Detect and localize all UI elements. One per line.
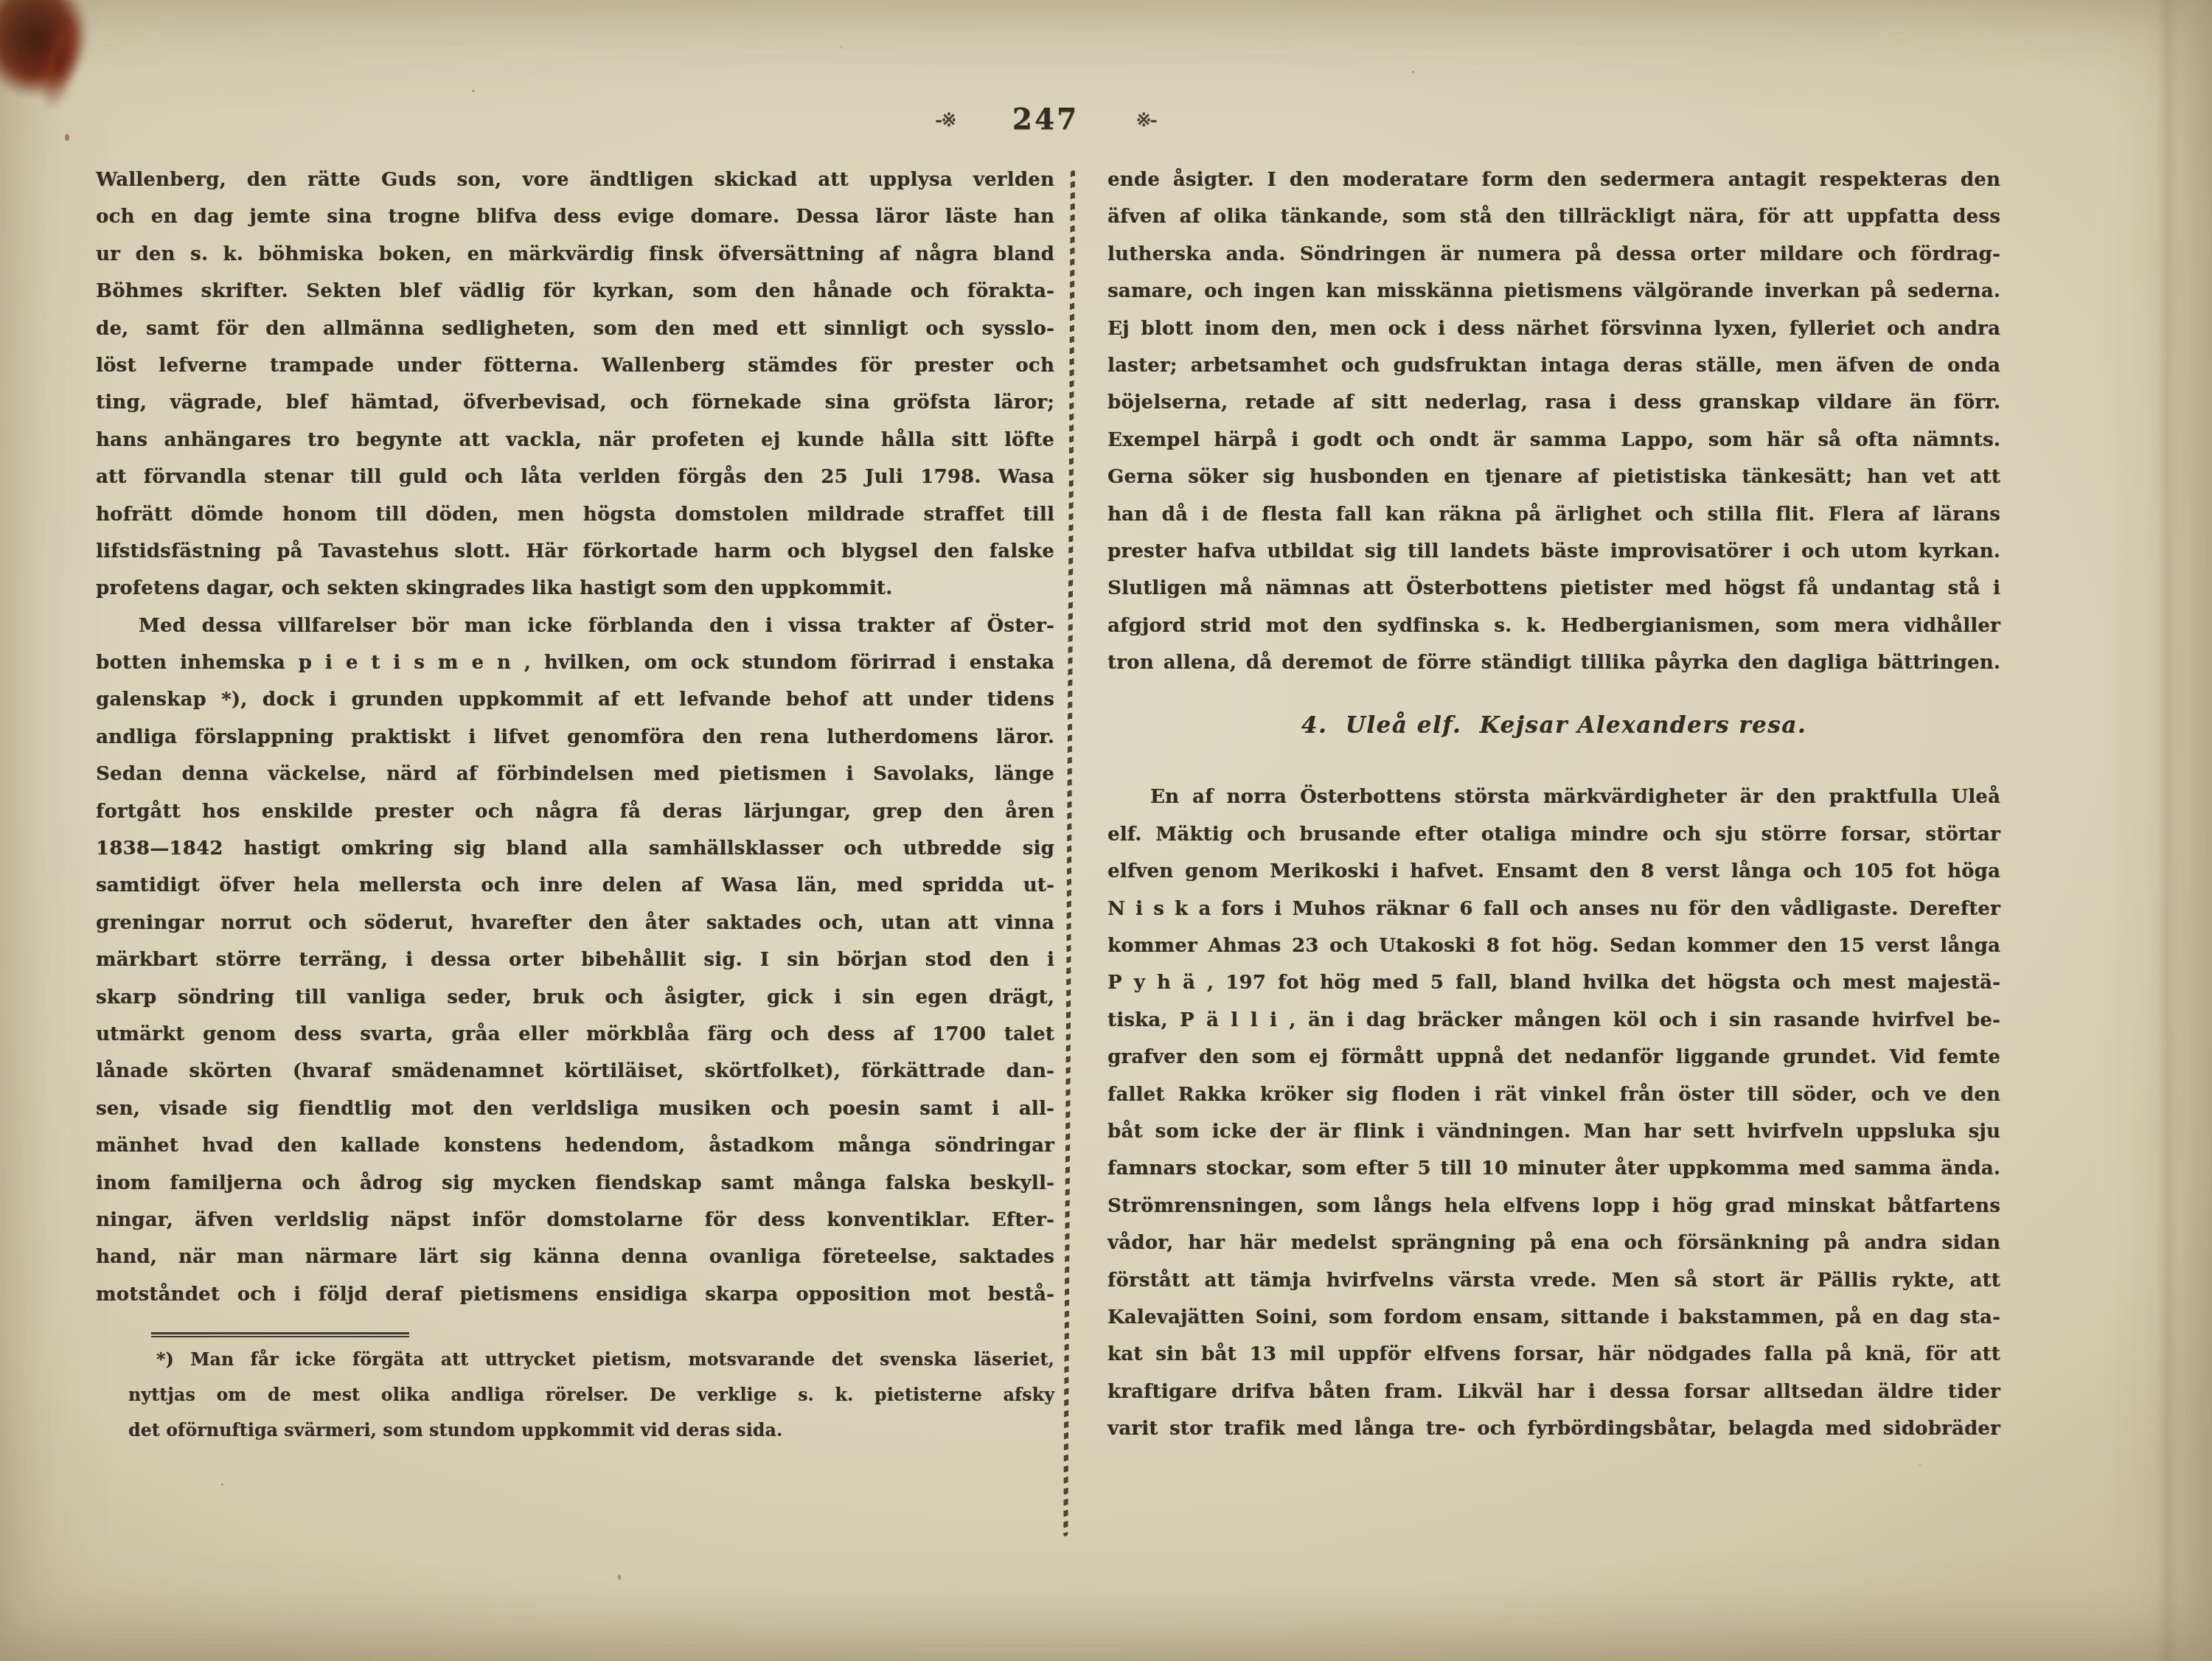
header-ornament-left: -※ [935,109,955,130]
body-text-line: elf. Mäktig och brusande efter otaliga m… [1107,816,2000,853]
body-text-line: ende åsigter. I den moderatare form den … [1107,161,2000,198]
page-number: 247 [1012,102,1079,136]
body-text-line: kraftigare drifva båten fram. Likväl har… [1107,1373,2000,1410]
body-text-line: samtidigt öfver hela mellersta och inre … [96,867,1054,904]
body-text-line: hand, när man närmare lärt sig känna den… [96,1239,1054,1275]
left-column-body: Wallenberg, den rätte Guds son, vore änd… [96,161,1054,1313]
body-text-line: båt som icke der är flink i vändningen. … [1107,1113,2000,1150]
paper-speck [1808,473,1812,476]
body-text-line: utmärkt genom dess svarta, gråa eller mö… [96,1016,1054,1053]
body-text-line: Sedan denna väckelse, närd af förbindels… [96,756,1054,793]
body-text-line: samare, och ingen kan misskänna pietisme… [1107,273,2000,310]
body-text-line: löst lefverne trampade under fötterna. W… [96,347,1054,384]
right-column-body-upper: ende åsigter. I den moderatare form den … [1107,161,2000,681]
body-text-line: grafver den som ej förmått uppnå det ned… [1107,1039,2000,1076]
body-text-line: han då i de flesta fall kan räkna på ärl… [1107,496,2000,533]
footnote: *) Man får icke förgäta att uttrycket pi… [96,1342,1054,1448]
body-text-line: de, samt för den allmänna sedligheten, s… [96,310,1054,347]
body-text-line: elfven genom Merikoski i hafvet. Ensamt … [1107,853,2000,890]
footnote-text-line: nyttjas om de mest olika andliga rörelse… [96,1377,1054,1413]
page-header: -※ 247 ※- [935,99,1156,140]
book-page: -※ 247 ※- Wallenberg, den rätte Guds son… [0,0,2212,1661]
body-text-line: tiska, P ä l l i , än i dag bräcker mång… [1107,1002,2000,1039]
body-text-line: afgjord strid mot den sydfinska s. k. He… [1107,607,2000,644]
body-text-line: P y h ä , 197 fot hög med 5 fall, bland … [1107,964,2000,1001]
paper-speck [841,46,843,48]
body-text-line: Med dessa villfarelser bör man icke förb… [96,607,1054,644]
body-text-line: vådor, har här medelst sprängning på ena… [1107,1225,2000,1261]
body-text-line: hofrätt dömde honom till döden, men högs… [96,496,1054,533]
body-text-line: greningar norrut och söderut, hvarefter … [96,905,1054,941]
body-text-line: profetens dagar, och sekten skingrades l… [96,570,1054,607]
body-text-line: Slutligen må nämnas att Österbottens pie… [1107,570,2000,607]
body-text-line: N i s k a fors i Muhos räknar 6 fall och… [1107,891,2000,927]
right-column-body-lower: En af norra Österbottens största märkvär… [1107,779,2000,1447]
section-heading: 4. Uleå elf. Kejsar Alexanders resa. [1107,708,2000,779]
body-text-line: 1838—1842 hastigt omkring sig bland alla… [96,830,1054,867]
body-text-line: förstått att tämja hvirfvelns värsta vre… [1107,1262,2000,1299]
body-text-line: att förvandla stenar till guld och låta … [96,459,1054,495]
body-text-line: sen, visade sig fiendtlig mot den verlds… [96,1090,1054,1127]
body-text-line: lånade skörten (hvaraf smädenamnet körti… [96,1053,1054,1090]
body-text-line: tron allena, då deremot de förre ständig… [1107,644,2000,681]
body-text-line: ting, vägrade, blef hämtad, öfverbevisad… [96,384,1054,421]
body-text-line: böjelserna, retade af sitt nederlag, ras… [1107,384,2000,421]
body-text-line: fortgått hos enskilde prester och några … [96,793,1054,830]
body-text-line: kat sin båt 13 mil uppför elfvens forsar… [1107,1336,2000,1373]
body-text-line: ur den s. k. böhmiska boken, en märkvärd… [96,236,1054,273]
paper-crease [2157,0,2179,1661]
body-text-line: Wallenberg, den rätte Guds son, vore änd… [96,161,1054,198]
body-text-line: laster; arbetsamhet och gudsfruktan inta… [1107,347,2000,384]
body-text-line: kommer Ahmas 23 och Utakoski 8 fot hög. … [1107,927,2000,964]
body-text-line: motståndet och i följd deraf pietismens … [96,1276,1054,1313]
body-text-line: Böhmes skrifter. Sekten blef vädlig för … [96,273,1054,310]
paper-speck [221,1483,223,1486]
body-text-line: famnars stockar, som efter 5 till 10 min… [1107,1150,2000,1187]
body-text-line: prester hafva utbildat sig till landets … [1107,533,2000,570]
body-text-line: hans anhängares tro begynte att vackla, … [96,422,1054,459]
body-text-line: varit stor trafik med långa tre- och fyr… [1107,1410,2000,1447]
body-text-line: andliga förslappning praktiskt i lifvet … [96,719,1054,756]
body-text-line: och en dag jemte sina trogne blifva dess… [96,198,1054,235]
body-text-line: skarp söndring till vanliga seder, bruk … [96,979,1054,1016]
body-text-line: lutherska anda. Söndringen är numera på … [1107,236,2000,273]
body-text-line: ningar, äfven verldslig näpst inför doms… [96,1202,1054,1239]
body-text-line: Strömrensningen, som långs hela elfvens … [1107,1188,2000,1225]
column-divider-dotted-rule [1063,170,1075,1537]
header-ornament-right: ※- [1136,109,1156,130]
footnote-rule [151,1332,409,1337]
body-text-line: galenskap *), dock i grunden uppkommit a… [96,681,1054,718]
body-text-line: Ej blott inom den, men ock i dess närhet… [1107,310,2000,347]
body-text-line: äfven af olika tänkande, som stå den til… [1107,198,2000,235]
left-text-column: Wallenberg, den rätte Guds son, vore änd… [96,161,1054,1448]
footnote-text-line: *) Man får icke förgäta att uttrycket pi… [96,1342,1054,1377]
right-text-column: ende åsigter. I den moderatare form den … [1107,161,2000,1448]
paper-speck [1412,71,1414,73]
footnote-text-line: det oförnuftiga svärmeri, som stundom up… [96,1413,1054,1448]
body-text-line: märkbart större terräng, i dessa orter b… [96,941,1054,978]
paper-speck [472,90,475,92]
body-text-line: Exempel härpå i godt och ondt är samma L… [1107,422,2000,459]
body-text-line: Gerna söker sig husbonden en tjenare af … [1107,459,2000,495]
paper-speck [65,134,69,141]
paper-speck [618,1575,621,1580]
body-text-line: botten inhemska p i e t i s m e n , hvil… [96,644,1054,681]
paper-speck [1919,1464,1921,1466]
body-text-line: inom familjerna och ådrog sig mycken fie… [96,1165,1054,1202]
body-text-line: fallet Rakka kröker sig floden i rät vin… [1107,1076,2000,1113]
body-text-line: lifstidsfästning på Tavastehus slott. Hä… [96,533,1054,570]
body-text-line: Kalevajätten Soini, som fordom ensam, si… [1107,1299,2000,1336]
body-text-line: mänhet hvad den kallade konstens hedendo… [96,1127,1054,1164]
body-text-line: En af norra Österbottens största märkvär… [1107,779,2000,815]
